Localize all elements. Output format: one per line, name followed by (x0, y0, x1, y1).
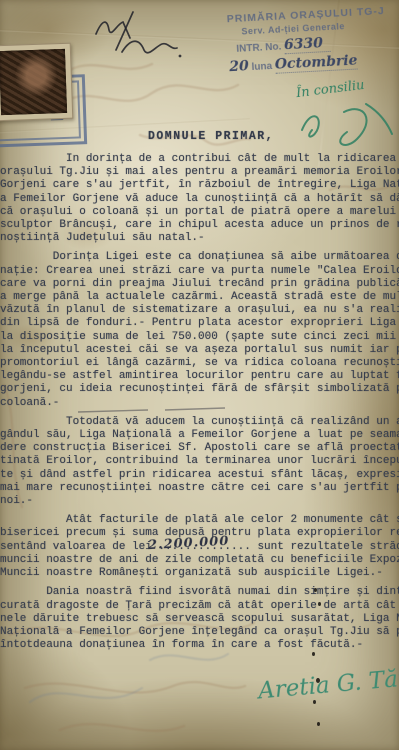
body-line: întotdeauna donațiunea în forma în care … (0, 639, 399, 652)
body-line: Dania noastră fiind isvorâtă numai din s… (0, 586, 399, 599)
body-line: promontoriul ei lângă cazărmi, se va rid… (0, 357, 399, 370)
body-line: la începutul acestei căi se va așeza por… (0, 344, 399, 357)
body-line: noi.- (0, 495, 399, 508)
body-line: gorjeni, cu ideia recunoștinței fără de … (0, 383, 399, 396)
ink-speck (313, 700, 316, 704)
body-line: la disposiție suma de lei 750.000 (șapte… (0, 331, 399, 344)
body-line: noștiință Județului său natal.- (0, 232, 399, 245)
body-line: tinată Eroilor, contribuind la terminare… (0, 455, 399, 468)
body-line: Atât facturile de plată ale celor 2 monu… (0, 514, 399, 527)
body-line: gândul său, Liga Națională a Femeilor Go… (0, 429, 399, 442)
postage-stamp (0, 43, 73, 122)
body-line: coloană.- (0, 397, 399, 410)
registry-date-label: luna (251, 61, 272, 73)
body-line: mai mare recunoștiinței noastre către ce… (0, 482, 399, 495)
body-line: a Femeilor Gorjene vă aduce la cunoștiin… (0, 193, 399, 206)
body-line: văzută în planul de sistematizare a oraș… (0, 304, 399, 317)
registry-stamp: PRIMĂRIA ORAȘULUI TG-J Serv. Ad-ției Gen… (226, 3, 399, 76)
body-line: Gorjeni care s'au jertfit, în războiul d… (0, 179, 399, 192)
body-line: Dorința Ligei este ca donațiunea să aibe… (0, 251, 399, 264)
registry-number-label: INTR. No. (236, 41, 282, 54)
body-line: legându-se astfel amintirea locurilor pe… (0, 370, 399, 383)
body-line: Muncii noastre Românești organizată sub … (0, 567, 399, 580)
ink-speck (314, 588, 317, 592)
ink-speck (312, 652, 315, 656)
body-line: care va porni din preajma Jiului trecând… (0, 278, 399, 291)
salutation: DOMNULE PRIMAR, (148, 130, 274, 143)
body-line: a merge până la actualele cazărmi. Aceas… (0, 291, 399, 304)
ink-speck (317, 722, 320, 726)
body-line: muncii noastre de ani de zile completată… (0, 554, 399, 567)
document-page: T PRIMĂRIA ORAȘULUI TG-J Serv. Ad-ției G… (0, 0, 399, 750)
ink-speck (316, 678, 320, 683)
typewritten-body: In dorința de a contribui cât de mult la… (0, 153, 399, 658)
body-line: Totodată vă aducem la cunoștiință că rea… (0, 416, 399, 429)
registry-date-month: Octombrie (274, 52, 357, 72)
body-line: dere construcția Bisericei Sf. Apostoli … (0, 442, 399, 455)
registry-number-value: 6330 (284, 35, 324, 53)
body-line: nație: Crearea unei străzi care va purta… (0, 265, 399, 278)
postage-stamp-engraving (0, 49, 67, 115)
body-line: că orașului o coloană și un portal de pi… (0, 206, 399, 219)
body-line: Națională a Femeilor Gorjene înțelegând … (0, 626, 399, 639)
body-line: curată dragoste de Țară precizăm că atât… (0, 600, 399, 613)
body-line: orașului Tg.Jiu și mai ales pentru a pre… (0, 166, 399, 179)
body-line: nele dăruite trebuesc să servească scopu… (0, 613, 399, 626)
body-line: sculptor Brâncuși, care in chipul acesta… (0, 219, 399, 232)
body-line: te și dând astfel prin ridicarea acestui… (0, 469, 399, 482)
registry-date-day: 20 (229, 58, 249, 75)
green-ink-note: În consiliu (295, 78, 365, 101)
body-line: In dorința de a contribui cât de mult la… (0, 153, 399, 166)
signature: Aretia G. Tăt (257, 666, 399, 705)
body-line: din lipsă de fonduri.- Pentru plata aces… (0, 317, 399, 330)
ink-speck (318, 602, 321, 606)
